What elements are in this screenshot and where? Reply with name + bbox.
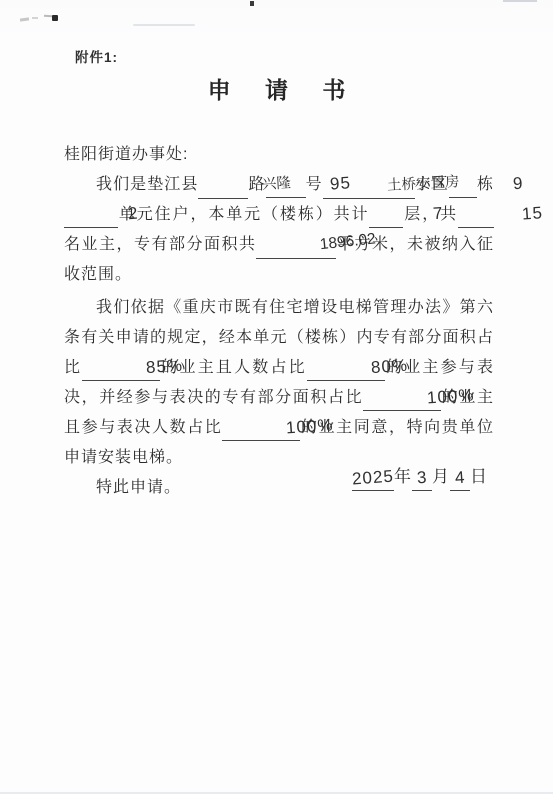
blank-floor-count: 7 (369, 204, 403, 228)
attachment-label: 附件1: (75, 46, 118, 66)
document-body: 桂阳街道办事处: 我们是垫江县兴隆路95号土桥安置房小区9栋2单元住户，本单元（… (64, 140, 494, 503)
p1-text-6: 单元住户，本单元（楼栋）共计 (118, 206, 369, 223)
scan-artifact (250, 1, 254, 6)
handwriting-day: 4 (454, 467, 466, 490)
handwriting-road-name: 兴隆 (230, 173, 292, 196)
blank-vote-people-ratio: 100% (222, 417, 300, 441)
scanned-application-document: 附件1: 申 请 书 桂阳街道办事处: 我们是垫江县兴隆路95号土桥安置房小区9… (0, 0, 553, 794)
handwriting-owner-count: 15 (489, 203, 543, 227)
handwriting-area-ratio: 85% (114, 356, 184, 381)
handwriting-year: 2025 (351, 466, 394, 491)
blank-date-year: 2025 (352, 466, 394, 491)
scan-artifact (20, 17, 29, 21)
blank-unit-number: 2 (64, 204, 118, 228)
scan-artifact (52, 15, 58, 21)
scan-artifact (503, 0, 537, 2)
date-day-label: 日 (470, 467, 488, 486)
handwriting-exclusive-area: 1896.02 (288, 229, 378, 258)
blank-date-month: 3 (412, 466, 432, 491)
blank-people-ratio: 80% (307, 357, 385, 381)
p1-text-1: 我们是垫江县 (96, 176, 198, 193)
blank-exclusive-area: 1896.02 (256, 235, 336, 259)
blank-vote-area-ratio: 100% (363, 387, 441, 411)
handwriting-floor-count: 7 (401, 204, 445, 227)
handwriting-vote-area-ratio: 100% (395, 385, 476, 410)
blank-road-name: 兴隆 (198, 175, 248, 199)
blank-area-ratio: 85% (82, 357, 160, 381)
handwriting-vote-people-ratio: 100% (254, 415, 335, 440)
date-month-label: 月 (432, 467, 450, 486)
handwriting-unit-number: 2 (95, 204, 139, 227)
handwriting-building-number: 9 (480, 174, 524, 197)
paragraph-voting-info: 我们依据《重庆市既有住宅增设电梯管理办法》第六条有关申请的规定，经本单元（楼栋）… (64, 293, 494, 473)
handwriting-month: 3 (416, 467, 428, 490)
date-year-label: 年 (394, 467, 412, 486)
scan-artifact (44, 15, 52, 18)
salutation: 桂阳街道办事处: (64, 140, 494, 170)
handwriting-people-ratio: 80% (338, 356, 408, 381)
handwriting-street-number: 95 (297, 173, 351, 197)
handwriting-community-name: 土桥安置房 (354, 172, 459, 197)
document-title: 申 请 书 (0, 72, 553, 105)
date-line: 2025年3月4日 (352, 462, 488, 491)
blank-owner-count: 15 (458, 204, 494, 228)
p1-text-8: 名业主，专有部分面积共 (64, 236, 256, 253)
paragraph-address-info: 我们是垫江县兴隆路95号土桥安置房小区9栋2单元住户，本单元（楼栋）共计7层，共… (64, 170, 494, 290)
scan-artifact (32, 17, 38, 19)
scan-artifact (133, 24, 195, 26)
blank-date-day: 4 (450, 466, 470, 491)
